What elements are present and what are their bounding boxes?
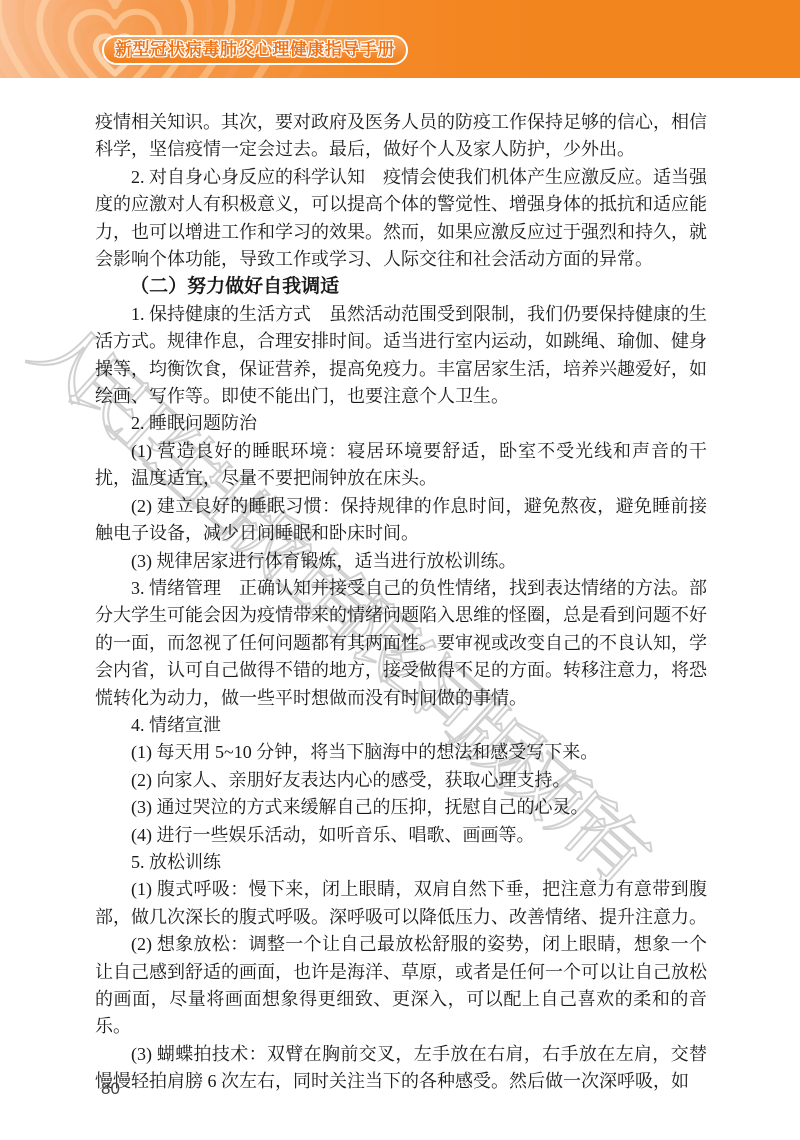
paragraph: 2. 对自身心身反应的科学认知 疫情会使我们机体产生应激反应。适当强度的应激对人…	[95, 164, 707, 274]
paragraph: (1) 腹式呼吸：慢下来，闭上眼睛，双肩自然下垂，把注意力有意带到腹部，做几次深…	[95, 876, 707, 931]
paragraph: 1. 保持健康的生活方式 虽然活动范围受到限制，我们仍要保持健康的生活方式。规律…	[95, 301, 707, 411]
paragraph: (3) 通过哭泣的方式来缓解自己的压抑，抚慰自己的心灵。	[95, 794, 707, 821]
paragraph: 4. 情绪宣泄	[95, 712, 707, 739]
paragraph: (3) 规律居家进行体育锻炼，适当进行放松训练。	[95, 548, 707, 575]
paragraph: (1) 每天用 5~10 分钟，将当下脑海中的想法和感受写下来。	[95, 739, 707, 766]
paragraph: (4) 进行一些娱乐活动，如听音乐、唱歌、画画等。	[95, 822, 707, 849]
header-banner: 新型冠状病毒肺炎心理健康指导手册	[0, 0, 800, 78]
handbook-title-badge: 新型冠状病毒肺炎心理健康指导手册	[102, 35, 408, 65]
paragraph: (2) 向家人、亲朋好友表达内心的感受，获取心理支持。	[95, 767, 707, 794]
content-area: 疫情相关知识。其次，要对政府及医务人员的防疫工作保持足够的信心，相信科学，坚信疫…	[95, 109, 707, 1096]
paragraph: 5. 放松训练	[95, 849, 707, 876]
paragraph: (1) 营造良好的睡眠环境：寝居环境要舒适，卧室不受光线和声音的干扰，温度适宜，…	[95, 438, 707, 493]
page-number: 80	[101, 1079, 120, 1099]
paragraph: (2) 想象放松：调整一个让自己最放松舒服的姿势，闭上眼睛，想象一个让自己感到舒…	[95, 931, 707, 1041]
section-heading: （二）努力做好自我调适	[95, 273, 707, 300]
paragraph: (3) 蝴蝶拍技术：双臂在胸前交叉，左手放在右肩，右手放在左肩，交替慢慢轻拍肩膀…	[95, 1041, 707, 1096]
paragraph: (2) 建立良好的睡眠习惯：保持规律的作息时间，避免熬夜，避免睡前接触电子设备，…	[95, 493, 707, 548]
handbook-title-text: 新型冠状病毒肺炎心理健康指导手册	[115, 40, 395, 59]
paragraph: 2. 睡眠问题防治	[95, 410, 707, 437]
book-page: 新型冠状病毒肺炎心理健康指导手册 人民卫生出版社有限公司版权所有 疫情相关知识。…	[0, 0, 800, 1140]
paragraph: 3. 情绪管理 正确认知并接受自己的负性情绪，找到表达情绪的方法。部分大学生可能…	[95, 575, 707, 712]
paragraph: 疫情相关知识。其次，要对政府及医务人员的防疫工作保持足够的信心，相信科学，坚信疫…	[95, 109, 707, 164]
